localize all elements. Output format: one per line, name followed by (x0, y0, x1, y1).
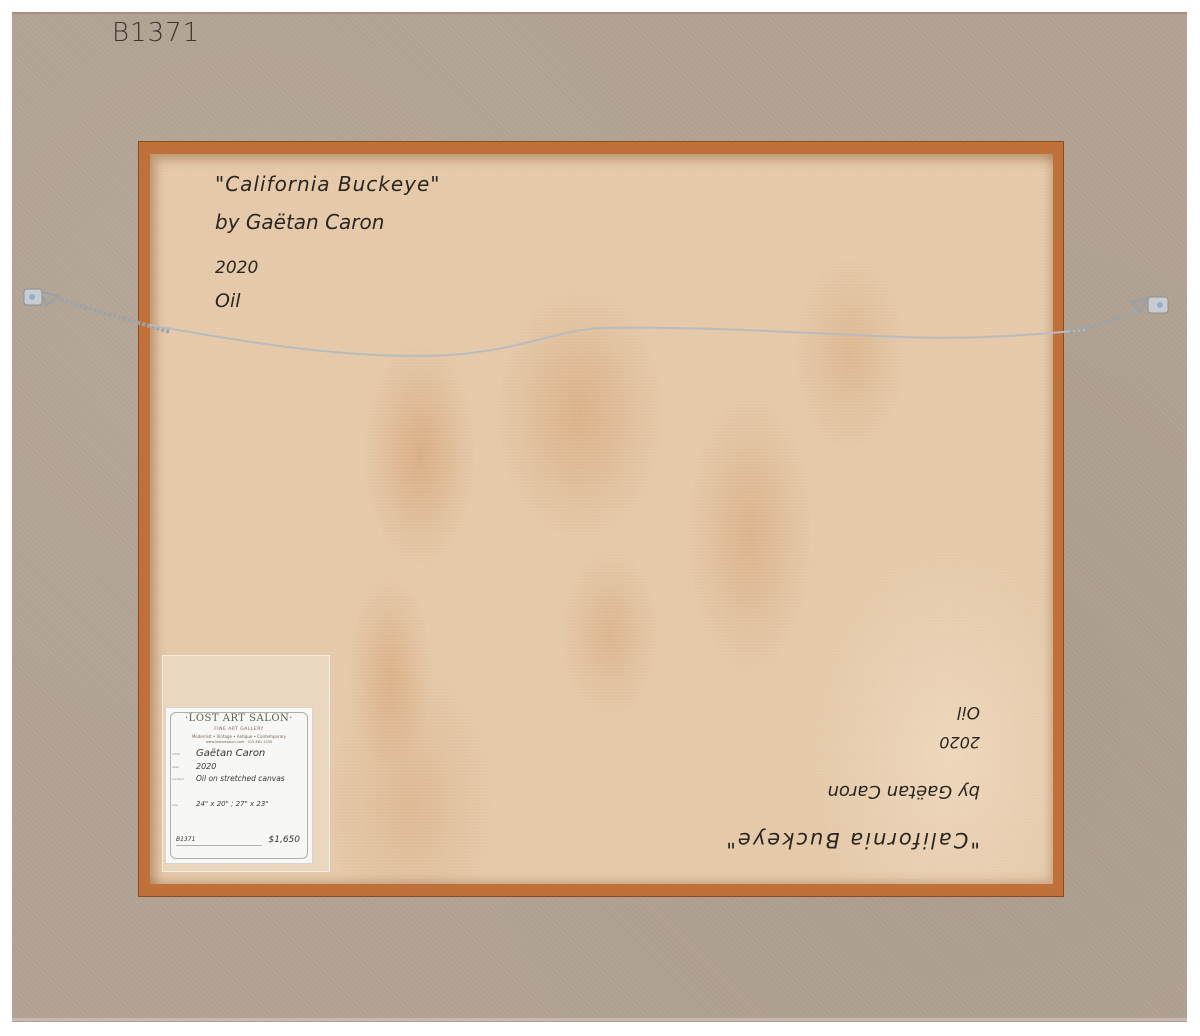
gallery-name: ·LOST ART SALON· (166, 713, 312, 724)
inscription-artist: by Gaëtan Caron (215, 210, 384, 234)
gallery-label: ·LOST ART SALON· FINE ART GALLERY Modern… (165, 707, 313, 864)
label-size: 24" x 20" ; 27" x 23" (196, 800, 269, 808)
gallery-url: www.lostartsalon.com · 415.861.1330 (166, 740, 312, 744)
label-price: $1,650 (269, 835, 301, 845)
label-artist: Gaëtan Caron (196, 748, 265, 759)
inscription-medium: Oil (215, 290, 241, 312)
inverted-inscription: "California Buckeye" by Gaëtan Caron 202… (700, 690, 1000, 870)
inverted-inscription-year: 2020 (939, 733, 980, 752)
label-field-artist: artist (172, 752, 180, 756)
gallery-tagline: Modernist • Vintage • Antique • Contempo… (166, 734, 312, 739)
label-field-size: size (172, 803, 178, 807)
gallery-subtitle: FINE ART GALLERY (166, 727, 312, 732)
inscription-title: "California Buckeye" (215, 172, 441, 196)
inverted-inscription-medium: Oil (957, 702, 980, 722)
label-medium: Oil on stretched canvas (196, 774, 285, 783)
label-inventory: B1371 (176, 836, 195, 843)
label-field-date: date (172, 765, 179, 769)
inverted-inscription-title: "California Buckeye" (724, 828, 980, 852)
label-date: 2020 (196, 762, 216, 771)
frame-bottom-edge (12, 1018, 1187, 1021)
label-field-medium: medium (172, 777, 184, 781)
accession-number: B1371 (112, 18, 200, 48)
inverted-inscription-artist: by Gaëtan Caron (828, 781, 981, 802)
inscription-year: 2020 (215, 258, 258, 278)
label-inventory-underline (176, 845, 262, 846)
